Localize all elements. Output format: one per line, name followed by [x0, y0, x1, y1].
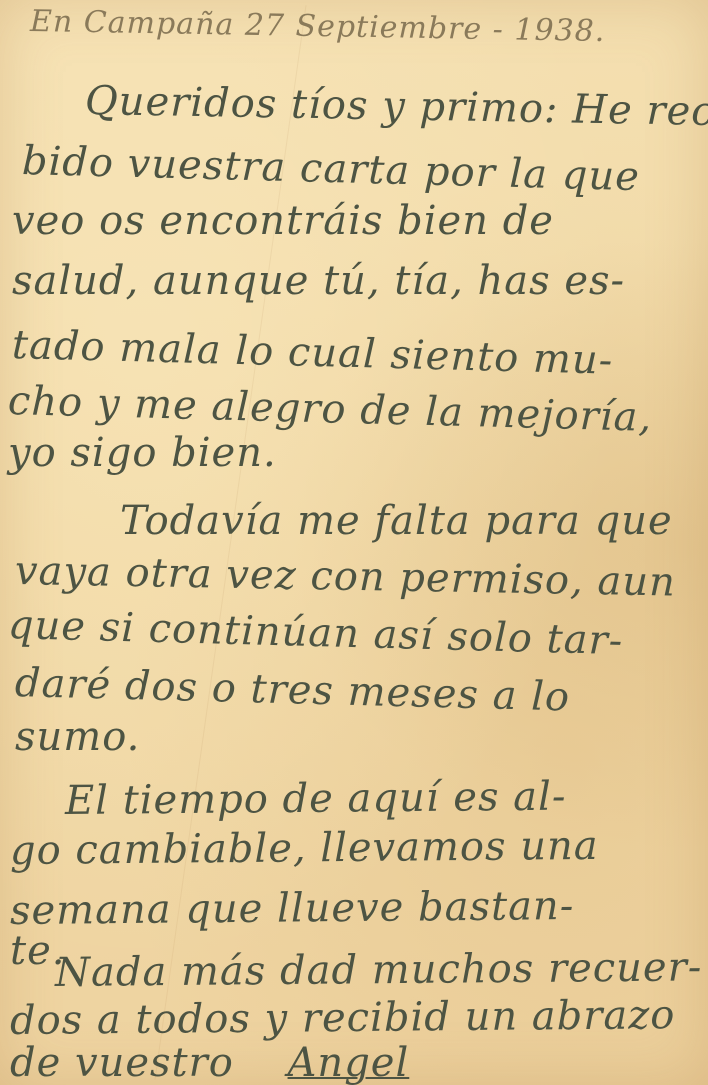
letter-heading: En Campaña 27 Septiembre - 1938. [30, 4, 606, 49]
letter-line-closing: de vuestro Angel [10, 1040, 409, 1085]
letter-line: sumo. [15, 714, 140, 760]
heading-place: En Campaña [30, 4, 235, 43]
letter-line: semana que llueve bastan- [10, 883, 575, 934]
letter-line: go cambiable, llevamos una [10, 823, 599, 874]
letter-line: dos a todos y recibid un abrazo [10, 992, 676, 1044]
letter-line: Todavía me falta para que [120, 498, 673, 544]
letter-line: yo sigo bien. [8, 430, 277, 476]
signature: Angel [288, 1040, 410, 1085]
letter-line: veo os encontráis bien de [12, 198, 554, 244]
letter-line: tado mala lo cual siento mu- [11, 322, 613, 384]
letter-line: Queridos tíos y primo: He reci- [85, 78, 708, 135]
heading-date: 27 Septiembre - 1938. [245, 8, 606, 49]
letter-line: El tiempo de aquí es al- [65, 774, 567, 824]
letter-line: bido vuestra carta por la que [21, 138, 640, 200]
letter-line: Nada más dad muchos recuer- [55, 944, 703, 996]
letter-line: vaya otra vez con permiso, aun [15, 548, 677, 606]
letter-page: En Campaña 27 Septiembre - 1938. Querido… [0, 0, 708, 1085]
letter-line: salud, aunque tú, tía, has es- [12, 258, 625, 304]
closing-text: de vuestro [10, 1040, 234, 1085]
letter-line: que si continúan así solo tar- [7, 602, 623, 664]
letter-line: daré dos o tres meses a lo [14, 660, 570, 721]
